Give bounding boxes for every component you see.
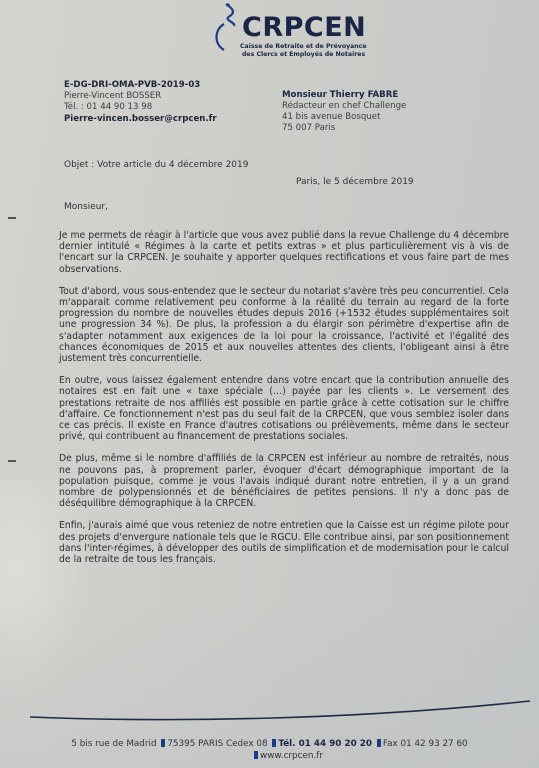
footer-row-1: 5 bis rue de Madrid 75395 PARIS Cedex 08… <box>0 738 539 750</box>
fold-mark <box>8 217 16 219</box>
footer-city: 75395 PARIS Cedex 08 <box>167 739 267 749</box>
letter-reference: E-DG-DRI-OMA-PVB-2019-03 <box>64 80 217 91</box>
footer-row-2: www.crpcen.fr <box>36 750 539 762</box>
footer-website[interactable]: www.crpcen.fr <box>260 751 323 761</box>
sender-phone: Tél. : 01 44 90 13 98 <box>64 102 217 113</box>
footer-fax: Fax 01 42 93 27 60 <box>383 739 468 749</box>
letter-body: Je me permets de réagir à l'article que … <box>59 230 509 576</box>
sender-name: Pierre-Vincent BOSSER <box>64 91 217 102</box>
separator-square-icon <box>377 739 381 747</box>
recipient-address-line2: 75 007 Paris <box>282 123 406 134</box>
separator-square-icon <box>161 739 165 747</box>
sender-block: E-DG-DRI-OMA-PVB-2019-03 Pierre-Vincent … <box>64 80 217 125</box>
fold-mark <box>8 460 16 462</box>
paragraph: Tout d'abord, vous sous-entendez que le … <box>59 286 509 364</box>
footer: 5 bis rue de Madrid 75395 PARIS Cedex 08… <box>0 738 539 762</box>
logo-wordmark: CRPCEN <box>242 12 366 43</box>
salutation: Monsieur, <box>64 202 108 212</box>
recipient-block: Monsieur Thierry FABRE Rédacteur en chef… <box>282 90 406 134</box>
paragraph: De plus, même si le nombre d'affiliés de… <box>59 453 509 509</box>
crpcen-logo: CRPCEN Caisse de Retraite et de Prévoyan… <box>212 2 382 64</box>
recipient-address-line1: 41 bis avenue Bosquet <box>282 112 406 123</box>
logo-subtitle-line2: des Clercs et Employés de Notaires <box>240 51 380 59</box>
footer-divider <box>30 695 530 735</box>
footer-phone: Tél. 01 44 90 20 20 <box>278 739 372 749</box>
recipient-title: Rédacteur en chef Challenge <box>282 101 406 112</box>
paragraph: En outre, vous laissez également entendr… <box>59 375 509 442</box>
logo-subtitle-line1: Caisse de Retraite et de Prévoyance <box>240 43 380 51</box>
separator-square-icon <box>254 751 258 759</box>
separator-square-icon <box>272 739 276 747</box>
recipient-name: Monsieur Thierry FABRE <box>282 90 406 101</box>
paragraph: Enfin, j'aurais aimé que vous reteniez d… <box>59 520 509 565</box>
letter-object: Objet : Votre article du 4 décembre 2019 <box>64 160 249 170</box>
logo-subtitle: Caisse de Retraite et de Prévoyance des … <box>240 43 380 58</box>
paragraph: Je me permets de réagir à l'article que … <box>59 230 509 275</box>
footer-address: 5 bis rue de Madrid <box>71 739 156 749</box>
letter-date: Paris, le 5 décembre 2019 <box>296 177 414 187</box>
sender-email: Pierre-vincen.bosser@crpcen.fr <box>64 114 217 125</box>
